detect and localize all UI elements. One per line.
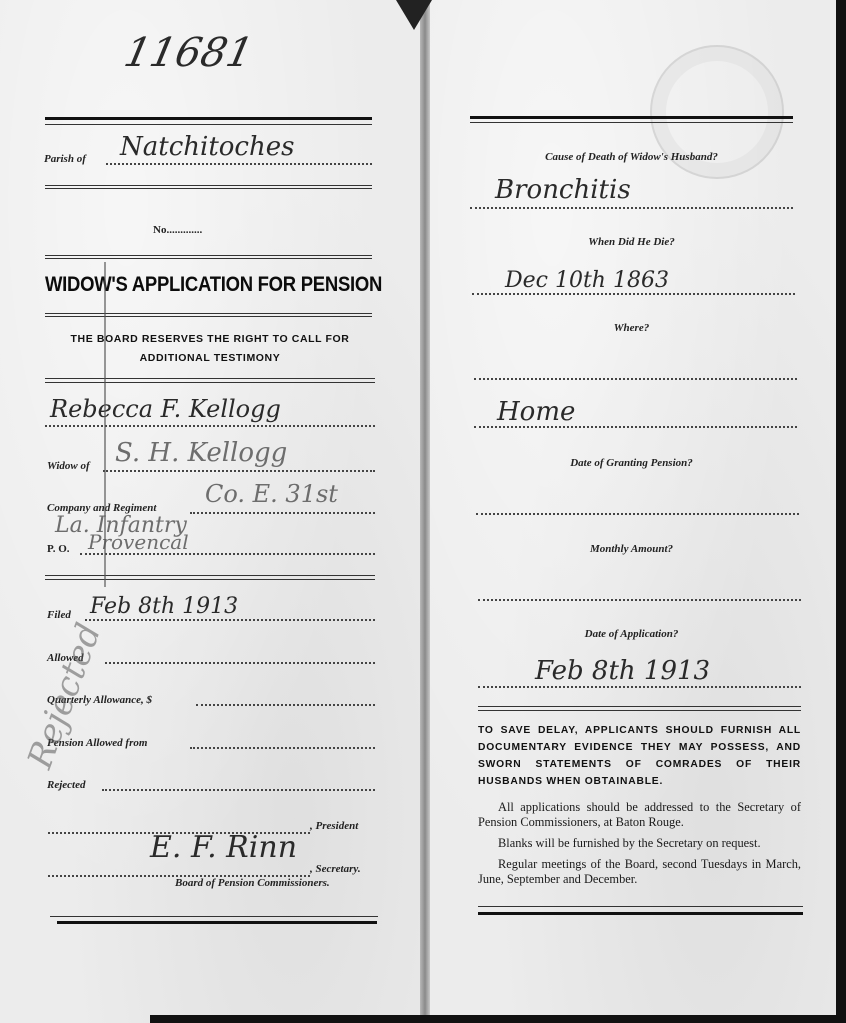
widow-of-line [103, 470, 375, 472]
widow-of-value: S. H. Kellogg [115, 438, 287, 468]
when-died-value: Dec 10th 1863 [505, 268, 669, 293]
divider [45, 188, 372, 189]
instruction-address: All applications should be addressed to … [478, 800, 801, 830]
page-fold [420, 0, 430, 1023]
divider [45, 255, 372, 256]
parish-value: Natchitoches [120, 132, 294, 162]
reserve-notice-line1: THE BOARD RESERVES THE RIGHT TO CALL FOR [45, 333, 375, 345]
divider [45, 117, 372, 120]
where-line-2 [474, 426, 797, 428]
when-died-label: When Did He Die? [470, 236, 793, 248]
divider [478, 710, 801, 711]
delay-notice: TO SAVE DELAY, APPLICANTS SHOULD FURNISH… [478, 722, 801, 790]
filed-value: Feb 8th 1913 [90, 594, 238, 619]
allowed-line [105, 662, 375, 664]
widow-of-label: Widow of [47, 460, 90, 472]
parish-field-line [106, 163, 372, 165]
quarterly-allowance-line [196, 704, 375, 706]
number-label: No............. [153, 224, 202, 236]
divider [478, 706, 801, 707]
divider [470, 122, 793, 123]
filed-line [85, 619, 375, 621]
scan-edge-bottom [150, 1015, 846, 1023]
instruction-meetings: Regular meetings of the Board, second Tu… [478, 857, 801, 887]
divider [45, 579, 375, 580]
president-label: , President [310, 820, 358, 832]
instruction-blanks: Blanks will be furnished by the Secretar… [478, 836, 801, 851]
date-granting-label: Date of Granting Pension? [470, 457, 793, 469]
rejected-line [102, 789, 375, 791]
date-application-label: Date of Application? [470, 628, 793, 640]
cause-of-death-value: Bronchitis [495, 175, 631, 205]
board-label: Board of Pension Commissioners. [175, 877, 330, 889]
divider [45, 575, 375, 576]
divider [45, 313, 372, 314]
instructions: All applications should be addressed to … [478, 800, 801, 893]
parish-label: Parish of [44, 153, 86, 165]
where-label: Where? [470, 322, 793, 334]
divider [478, 906, 803, 907]
divider [50, 916, 378, 917]
po-label: P. O. [47, 543, 70, 555]
company-regiment-line [190, 512, 375, 514]
divider [45, 382, 375, 383]
company-regiment-value: Co. E. 31st [205, 480, 338, 508]
form-title: WIDOW'S APPLICATION FOR PENSION [45, 273, 382, 297]
divider [45, 258, 372, 259]
divider [45, 316, 372, 317]
cause-of-death-line [470, 207, 793, 209]
when-died-line [472, 293, 795, 295]
cause-of-death-label: Cause of Death of Widow's Husband? [470, 151, 793, 163]
divider [45, 124, 372, 125]
divider [45, 378, 375, 379]
date-granting-line [476, 513, 799, 515]
divider [478, 912, 803, 915]
scan-edge [836, 0, 846, 1023]
divider [45, 185, 372, 186]
reserve-notice-line2: ADDITIONAL TESTIMONY [45, 352, 375, 364]
divider [470, 116, 793, 119]
pension-allowed-from-line [190, 747, 375, 749]
applicant-name: Rebecca F. Kellogg [50, 395, 281, 423]
secretary-label: , Secretary. [310, 863, 361, 875]
secretary-signature: E. F. Rinn [150, 830, 297, 865]
monthly-amount-line [478, 599, 801, 601]
date-application-line [478, 686, 801, 688]
where-line-1 [474, 378, 797, 380]
margin-pencil-line [104, 262, 106, 587]
divider [57, 921, 377, 924]
file-number: 11681 [120, 30, 257, 76]
filed-label: Filed [47, 609, 71, 621]
where-value: Home [497, 397, 575, 427]
rejected-label: Rejected [47, 779, 85, 791]
applicant-name-line [45, 425, 375, 427]
date-application-value: Feb 8th 1913 [535, 656, 710, 686]
monthly-amount-label: Monthly Amount? [470, 543, 793, 555]
